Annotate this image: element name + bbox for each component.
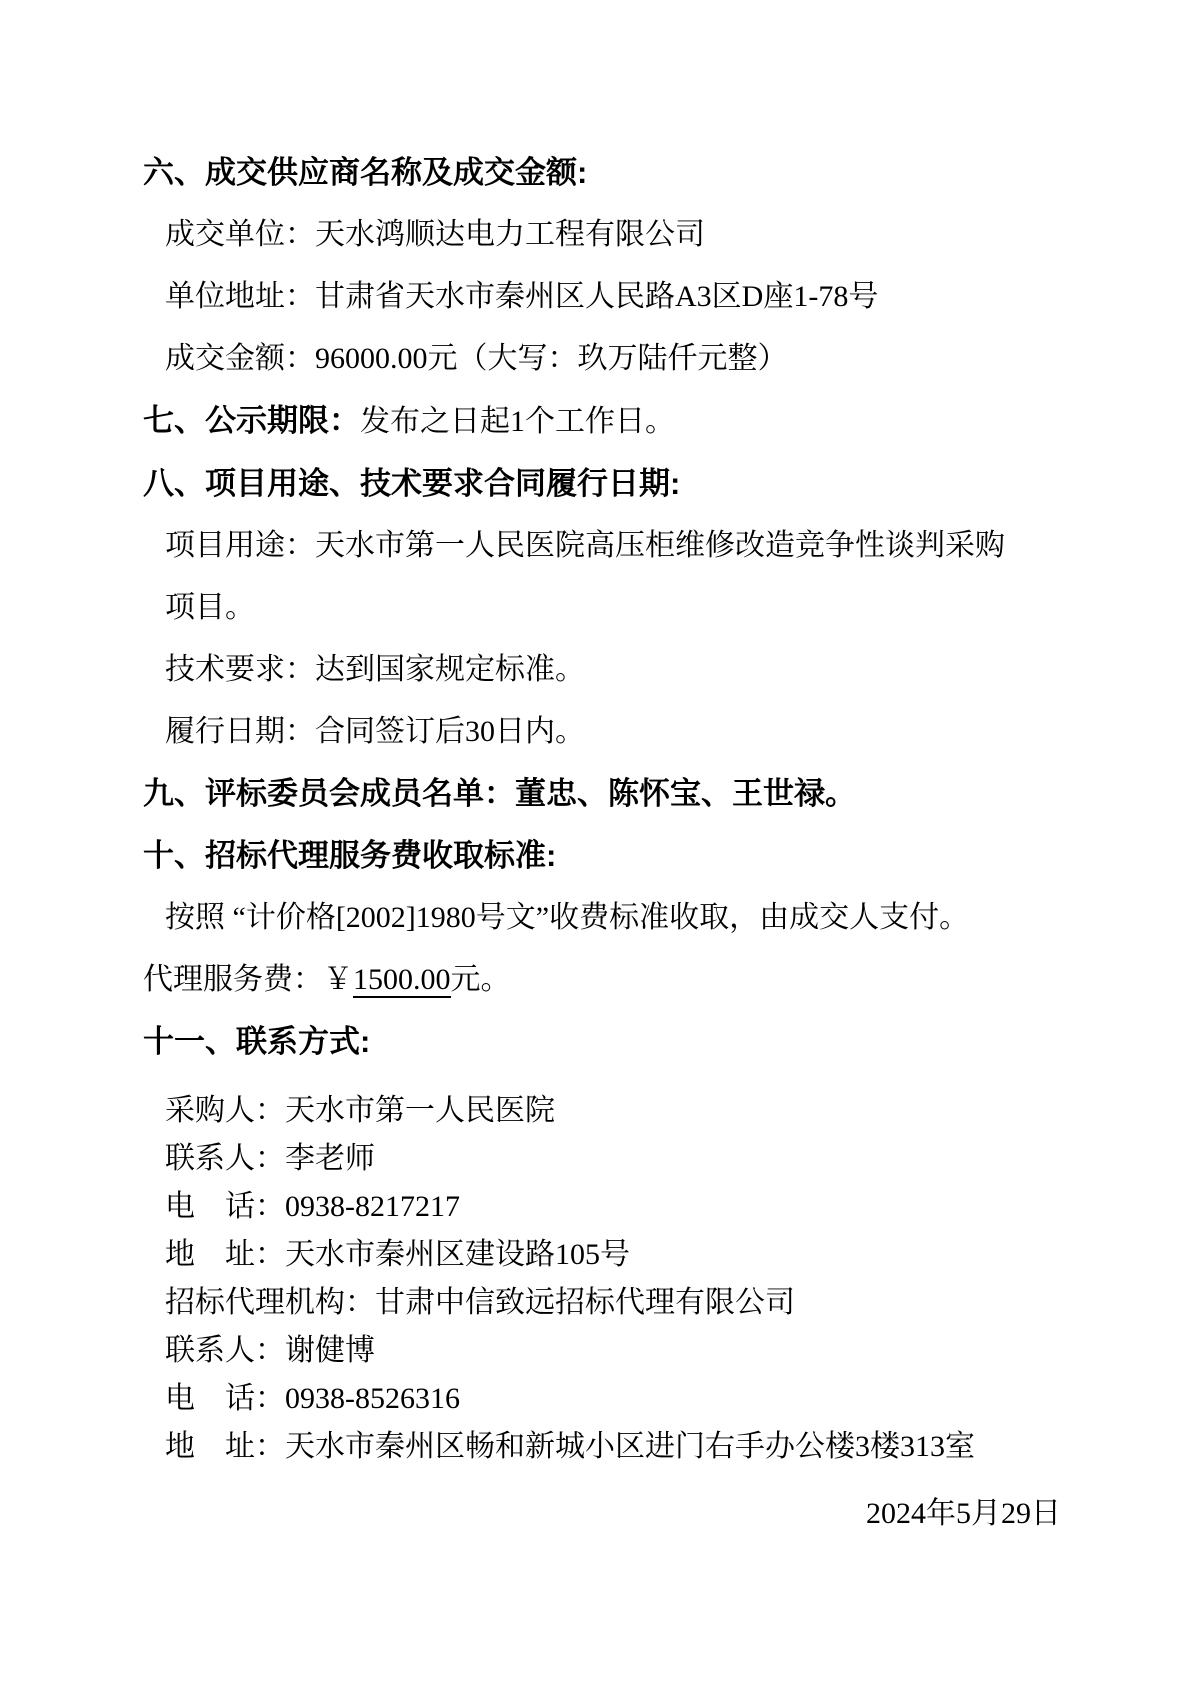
agency-fee-suffix: 元。 [451,963,511,996]
agency-contact-line: 联系人：谢健博 [143,1327,1061,1375]
unit-address-line: 单位地址：甘肃省天水市秦州区人民路A3区D座1-78号 [143,266,1061,328]
purchaser-contact-line: 联系人：李老师 [143,1135,1061,1183]
project-purpose-line-2: 项目。 [143,577,1061,639]
agency-fee-line: 代理服务费：￥1500.00元。 [143,949,1061,1011]
agency-line: 招标代理机构：甘肃中信致远招标代理有限公司 [143,1279,1061,1327]
document-page: 六、成交供应商名称及成交金额: 成交单位：天水鸿顺达电力工程有限公司 单位地址：… [0,0,1191,1684]
agency-fee-amount: 1500.00 [353,963,451,998]
section-eleven-heading: 十一、联系方式: [143,1011,1061,1073]
agency-address-line: 地 址：天水市秦州区畅和新城小区进门右手办公楼3楼313室 [143,1423,1061,1471]
section-eight-heading: 八、项目用途、技术要求合同履行日期: [143,453,1061,515]
agency-phone-line: 电 话：0938-8526316 [143,1375,1061,1423]
agency-fee-prefix: 代理服务费：￥ [143,963,353,996]
project-purpose-line-1: 项目用途：天水市第一人民医院高压柜维修改造竞争性谈判采购 [143,515,1061,577]
section-nine-heading: 九、评标委员会成员名单：董忠、陈怀宝、王世禄。 [143,763,1061,825]
section-six-heading: 六、成交供应商名称及成交金额: [143,142,1061,204]
contact-info-block: 采购人：天水市第一人民医院 联系人：李老师 电 话：0938-8217217 地… [143,1087,1061,1471]
purchaser-phone-line: 电 话：0938-8217217 [143,1183,1061,1231]
transaction-amount-line: 成交金额：96000.00元（大写：玖万陆仟元整） [143,328,1061,390]
section-seven-heading: 七、公示期限： [143,403,360,438]
purchaser-line: 采购人：天水市第一人民医院 [143,1087,1061,1135]
technical-requirements-line: 技术要求：达到国家规定标准。 [143,639,1061,701]
document-date: 2024年5月29日 [143,1483,1061,1545]
publicity-period-text: 发布之日起1个工作日。 [360,405,675,438]
section-seven-line: 七、公示期限：发布之日起1个工作日。 [143,390,1061,453]
fulfillment-date-line: 履行日期：合同签订后30日内。 [143,701,1061,763]
section-ten-heading: 十、招标代理服务费收取标准: [143,825,1061,887]
purchaser-address-line: 地 址：天水市秦州区建设路105号 [143,1231,1061,1279]
winning-unit-line: 成交单位：天水鸿顺达电力工程有限公司 [143,204,1061,266]
fee-basis-line: 按照 “计价格[2002]1980号文”收费标准收取，由成交人支付。 [143,887,1061,949]
